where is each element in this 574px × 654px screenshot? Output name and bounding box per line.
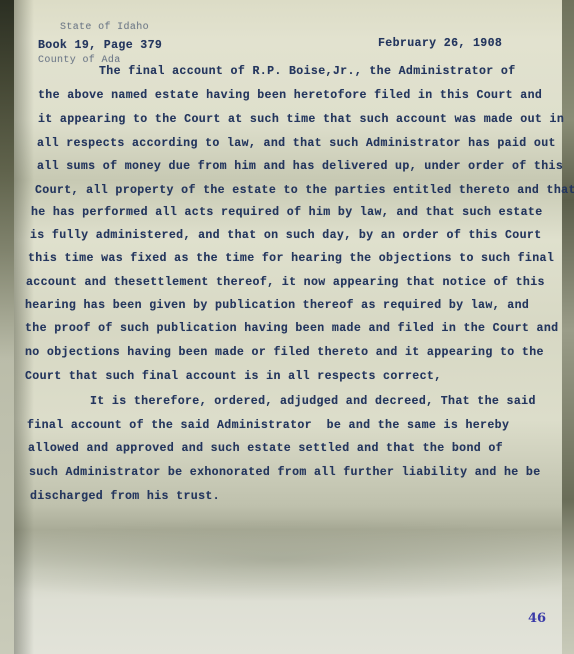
paragraph-1-line-7: he has performed all acts required of hi… — [31, 206, 543, 219]
document-date: February 26, 1908 — [378, 37, 502, 50]
paragraph-1-line-6: Court, all property of the estate to the… — [35, 184, 574, 197]
paragraph-1-line-5: all sums of money due from him and has d… — [37, 160, 563, 173]
paragraph-1-line-13: no objections having been made or filed … — [25, 346, 544, 359]
paragraph-1-line-2: the above named estate having been heret… — [38, 89, 542, 102]
bleed-through-line-1: State of Idaho — [60, 22, 149, 33]
paragraph-1-line-9: this time was fixed as the time for hear… — [28, 252, 554, 265]
paragraph-1-line-10: account and thesettlement thereof, it no… — [26, 276, 545, 289]
paragraph-1-line-1: The final account of R.P. Boise,Jr., the… — [99, 65, 516, 78]
page-number: 46 — [528, 611, 546, 626]
typed-text-layer: State of Idaho County of Ada Book 19, Pa… — [0, 0, 574, 654]
paragraph-1-line-12: the proof of such publication having bee… — [25, 322, 558, 335]
paragraph-1-line-14: Court that such final account is in all … — [25, 370, 442, 383]
book-page-reference: Book 19, Page 379 — [38, 39, 162, 52]
paragraph-2-line-3: allowed and approved and such estate set… — [28, 442, 503, 455]
paragraph-2-line-2: final account of the said Administrator … — [27, 419, 509, 432]
paragraph-2-line-1: It is therefore, ordered, adjudged and d… — [90, 395, 536, 408]
scanned-document-page: State of Idaho County of Ada Book 19, Pa… — [0, 0, 574, 654]
paragraph-2-line-4: such Administrator be exhonorated from a… — [29, 466, 541, 479]
paragraph-1-line-4: all respects according to law, and that … — [37, 137, 556, 150]
paragraph-1-line-11: hearing has been given by publication th… — [25, 299, 529, 312]
paragraph-1-line-8: is fully administered, and that on such … — [30, 229, 542, 242]
paragraph-2-line-5: discharged from his trust. — [30, 490, 220, 503]
paragraph-1-line-3: it appearing to the Court at such time t… — [38, 113, 564, 126]
